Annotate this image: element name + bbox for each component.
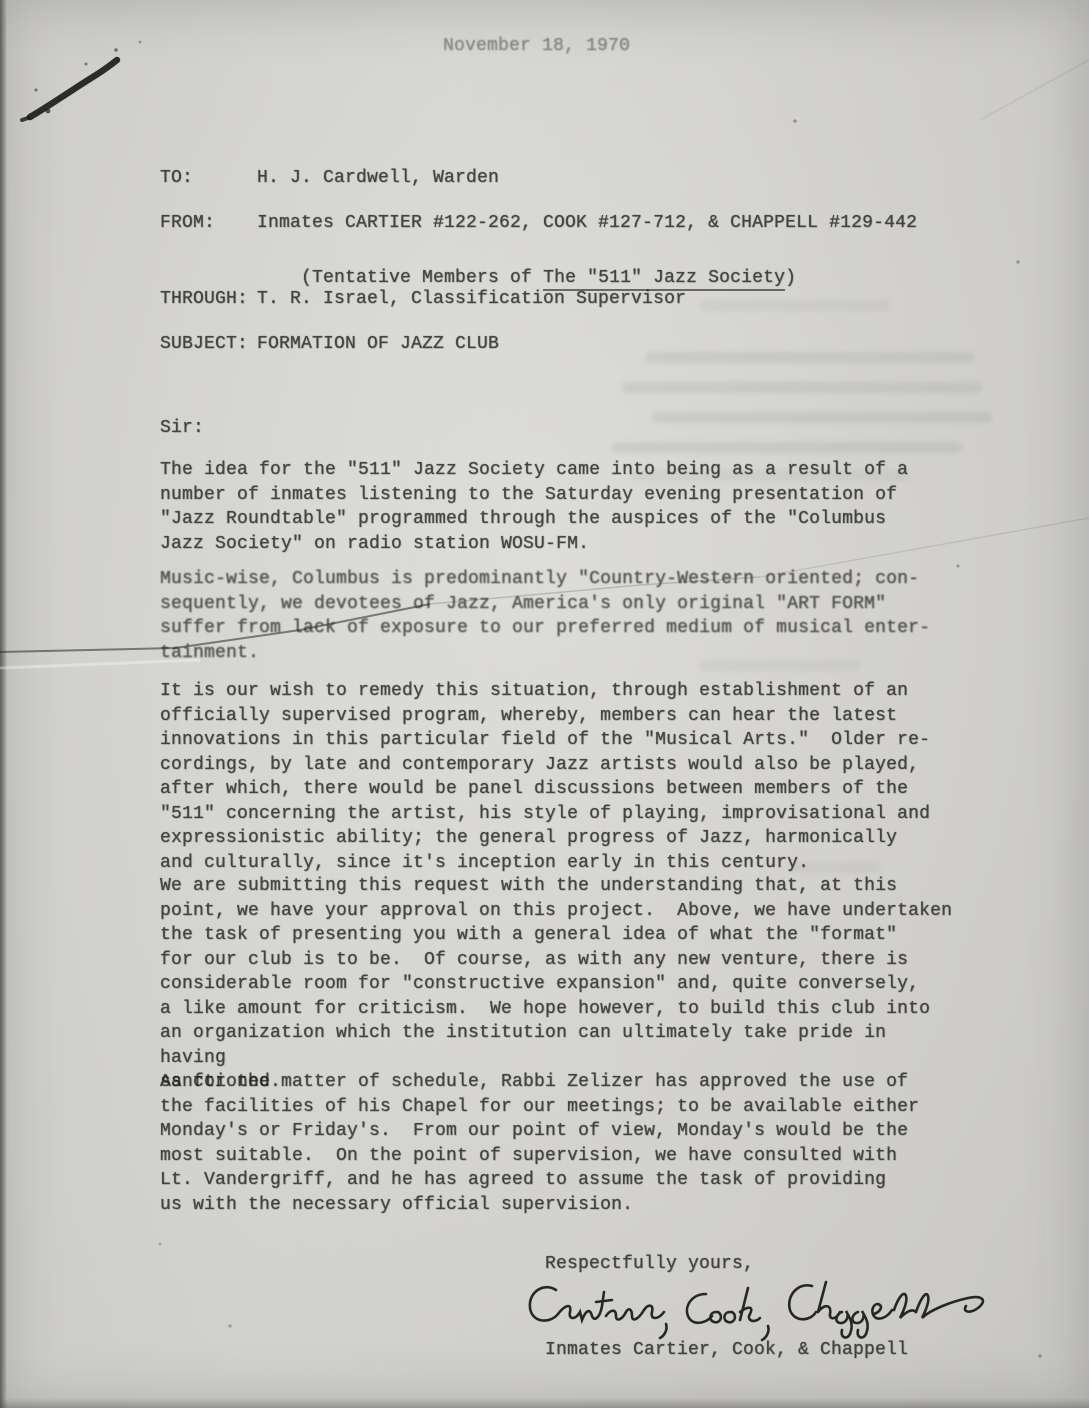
from-value-line2-prefix: (Tentative Members of	[301, 268, 543, 288]
date-line: November 18, 1970	[443, 34, 630, 59]
header-to-row: TO: H. J. Cardwell, Warden	[160, 166, 960, 191]
handwritten-signature	[520, 1268, 995, 1348]
from-label: FROM:	[160, 211, 257, 236]
bleed-through-smudge	[622, 382, 982, 393]
paragraph-1: The idea for the "511" Jazz Society came…	[160, 458, 960, 556]
paragraph-4: We are submitting this request with the …	[160, 874, 960, 1095]
paragraph-5: As for the matter of schedule, Rabbi Zel…	[160, 1070, 960, 1217]
to-label: TO:	[160, 166, 257, 191]
through-value: T. R. Israel, Classification Supervisor	[257, 287, 1040, 312]
from-value-line2-suffix: )	[785, 268, 796, 288]
subject-label: SUBJECT:	[160, 332, 257, 357]
header-from-row: FROM: Inmates CARTIER #122-262, COOK #12…	[160, 211, 1040, 236]
subject-value: FORMATION OF JAZZ CLUB	[257, 332, 1040, 357]
typed-signature-names: Inmates Cartier, Cook, & Chappell	[545, 1338, 908, 1363]
through-label: THROUGH:	[160, 287, 257, 312]
from-value: Inmates CARTIER #122-262, COOK #127-712,…	[257, 211, 1040, 236]
scanned-letter-page: November 18, 1970 TO: H. J. Cardwell, Wa…	[0, 0, 1089, 1408]
paragraph-2: Music-wise, Columbus is predominantly "C…	[160, 567, 960, 665]
salutation: Sir:	[160, 416, 204, 441]
header-through-row: THROUGH: T. R. Israel, Classification Su…	[160, 287, 1040, 312]
bleed-through-smudge	[612, 442, 962, 453]
paragraph-3: It is our wish to remedy this situation,…	[160, 679, 960, 875]
bleed-through-smudge	[652, 412, 992, 423]
header-subject-row: SUBJECT: FORMATION OF JAZZ CLUB	[160, 332, 1040, 357]
to-value: H. J. Cardwell, Warden	[257, 166, 960, 191]
